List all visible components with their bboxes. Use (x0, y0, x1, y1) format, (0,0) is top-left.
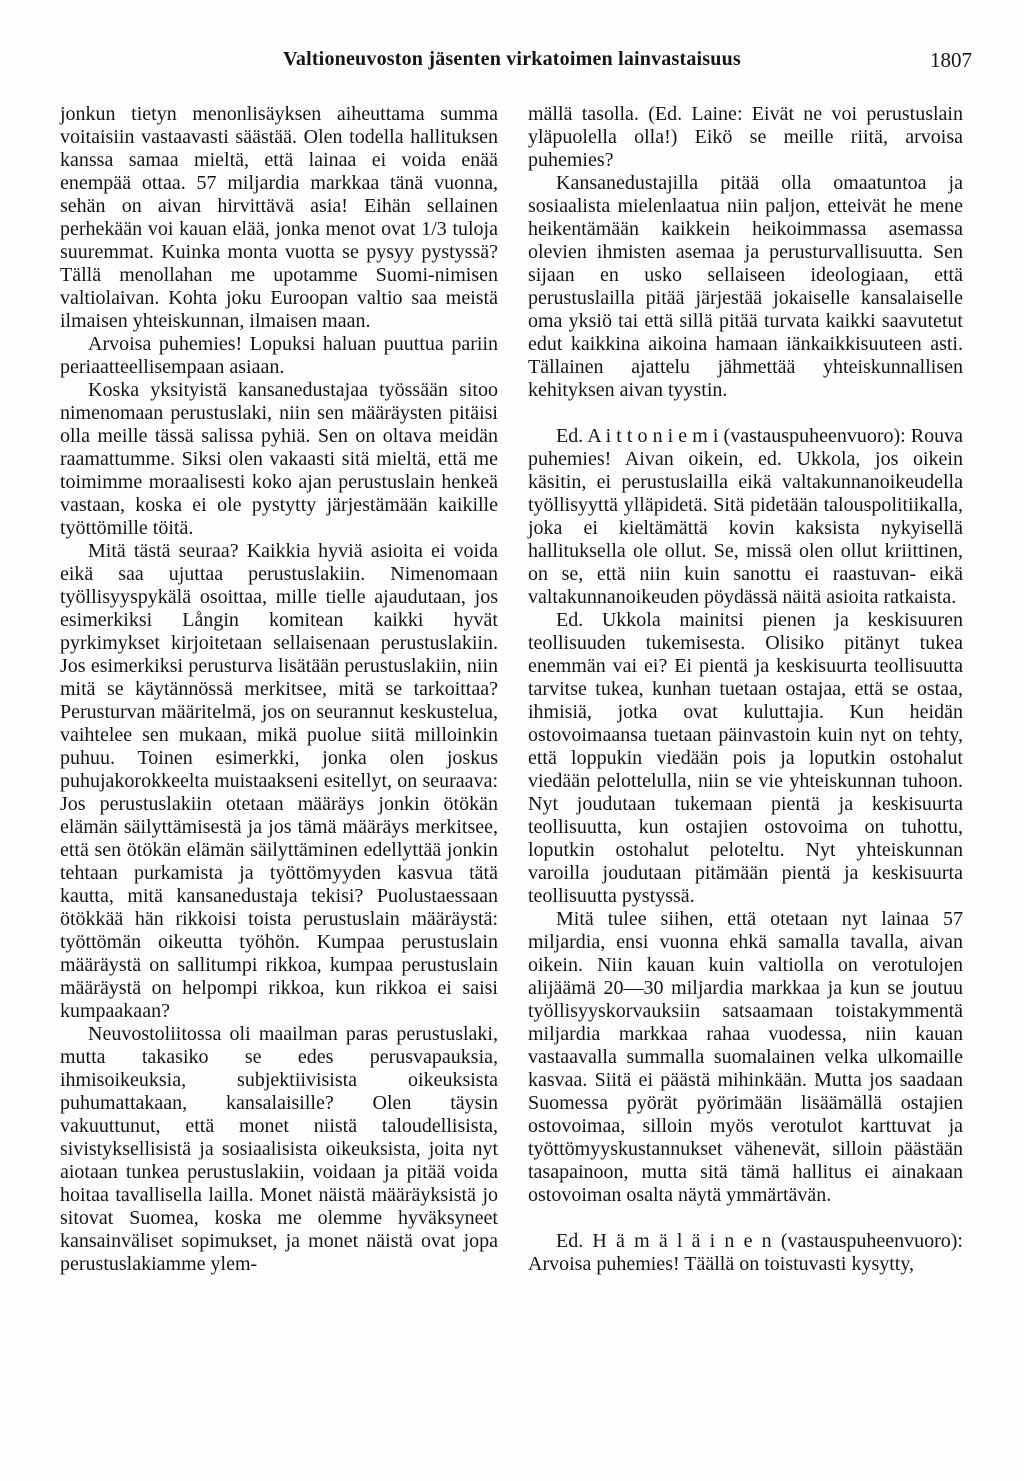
paragraph: mällä tasolla. (Ed. Laine: Eivät ne voi … (528, 103, 963, 172)
paragraph: Kansanedustajilla pitää olla omaatuntoa … (528, 172, 963, 402)
speech-paragraph-hamalainen: Ed. H ä m ä l ä i n e n (vastauspuheenvu… (528, 1230, 963, 1276)
paragraph: Neuvostoliitossa oli maailman paras peru… (60, 1023, 498, 1276)
text-columns: jonkun tietyn menonlisäyksen aiheuttama … (60, 103, 963, 1276)
paragraph: jonkun tietyn menonlisäyksen aiheuttama … (60, 103, 498, 333)
page-header: Valtioneuvoston jäsenten virkatoimen lai… (0, 48, 1024, 76)
document-page: Valtioneuvoston jäsenten virkatoimen lai… (0, 0, 1024, 1481)
paragraph: Mitä tästä seuraa? Kaikkia hyviä asioita… (60, 540, 498, 1023)
paragraph: Arvoisa puhemies! Lopuksi haluan puuttua… (60, 333, 498, 379)
right-column: mällä tasolla. (Ed. Laine: Eivät ne voi … (528, 103, 963, 1276)
speech-paragraph-aittoniemi: Ed. A i t t o n i e m i (vastauspuheenvu… (528, 425, 963, 609)
paragraph: Ed. Ukkola mainitsi pienen ja keskisuure… (528, 609, 963, 908)
running-title: Valtioneuvoston jäsenten virkatoimen lai… (0, 48, 1024, 71)
page-number: 1807 (930, 48, 972, 73)
left-column: jonkun tietyn menonlisäyksen aiheuttama … (60, 103, 498, 1276)
paragraph: Koska yksityistä kansanedustajaa työssää… (60, 379, 498, 540)
paragraph: Mitä tulee siihen, että otetaan nyt lain… (528, 908, 963, 1207)
